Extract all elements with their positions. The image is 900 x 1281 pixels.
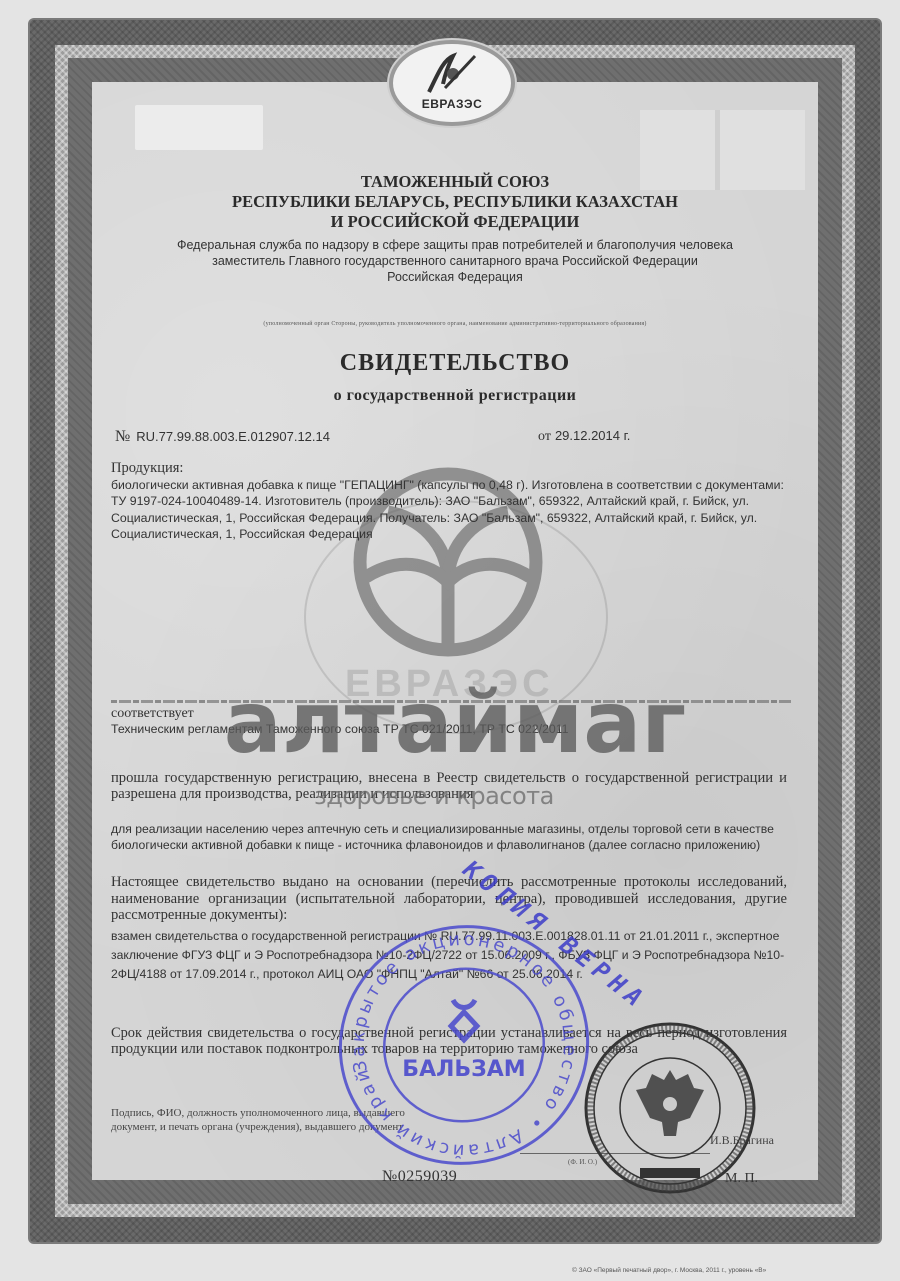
svg-text:Закрытое акционерное общество: Закрытое акционерное общество • Алтайски… (333, 918, 595, 1172)
product-description: биологически активная добавка к пище "ГЕ… (111, 477, 791, 543)
eurasec-emblem-icon (423, 50, 481, 96)
document-title: СВИДЕТЕЛЬСТВО (92, 350, 818, 377)
emblem-label: ЕВРАЗЭС (393, 97, 511, 111)
double-headed-eagle-icon (636, 1070, 704, 1136)
product-section: Продукция: биологически активная добавка… (111, 460, 791, 543)
product-label: Продукция: (111, 460, 791, 477)
balsam-logo-icon (451, 1000, 477, 1040)
basis-statement: Настоящее свидетельство выдано на основа… (111, 874, 787, 924)
printer-imprint: © ЗАО «Первый печатный двор», г. Москва,… (572, 1267, 766, 1274)
eurasec-emblem: ЕВРАЗЭС (393, 44, 511, 122)
security-pattern-box (135, 105, 263, 150)
distribution-scope: для реализации населению через аптечную … (111, 821, 801, 853)
svg-text:БАЛЬЗАМ: БАЛЬЗАМ (402, 1057, 525, 1082)
authority-caption: (уполномоченный орган Стороны, руководит… (92, 321, 818, 327)
official-state-seal (580, 1018, 760, 1198)
watermark-brand: алтаймаг (215, 680, 695, 766)
document-subtitle: о государственной регистрации (92, 387, 818, 405)
certificate-date: от29.12.2014 г. (538, 428, 630, 445)
company-seal-ring-text: Закрытое акционерное общество • Алтайски… (333, 918, 595, 1172)
issuing-agency: Федеральная служба по надзору в сфере за… (92, 237, 818, 285)
customs-union-heading: ТАМОЖЕННЫЙ СОЮЗ РЕСПУБЛИКИ БЕЛАРУСЬ, РЕС… (92, 172, 818, 232)
company-seal-stamp: Закрытое акционерное общество • Алтайски… (333, 918, 595, 1172)
certificate-number: №RU.77.99.88.003.Е.012907.12.14 (115, 428, 330, 446)
watermark-tagline: здоровье и красота (314, 782, 554, 810)
